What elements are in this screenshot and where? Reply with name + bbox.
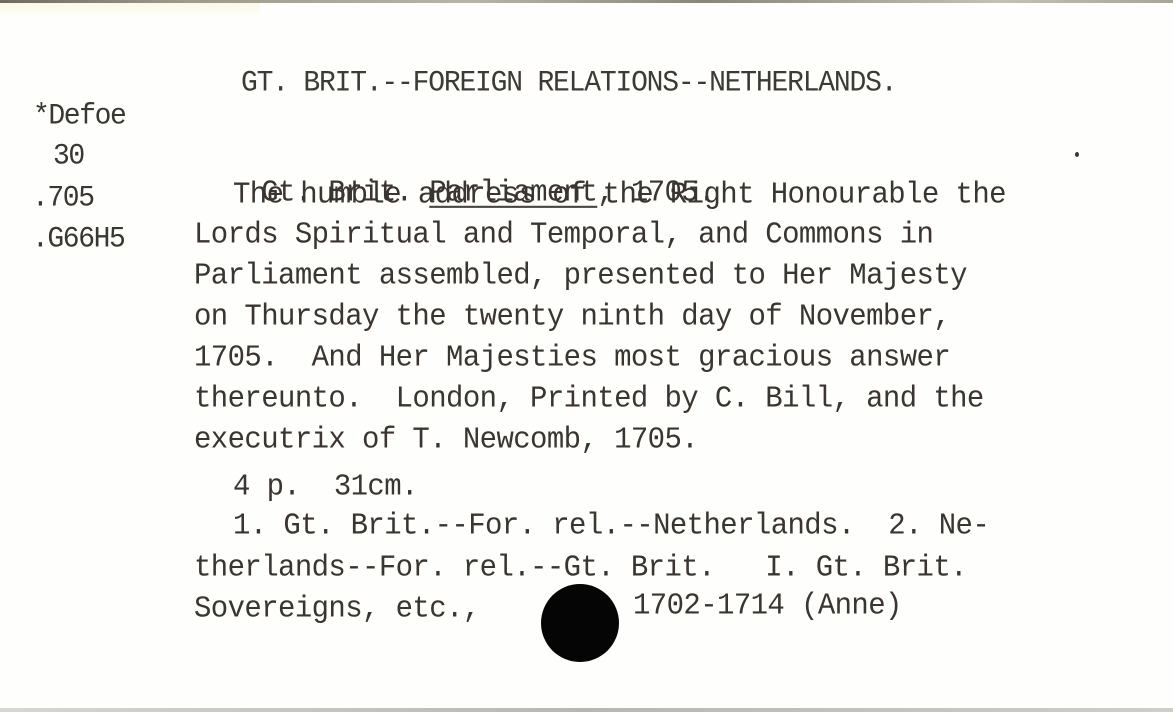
title-line-7: executrix of T. Newcomb, 1705. [194, 422, 698, 458]
card-bottom-edge [0, 708, 1173, 712]
collation: 4 p. 31cm. [233, 469, 418, 505]
tracings-line-3a: Sovereigns, etc., [194, 591, 480, 627]
card-paper-tint [0, 3, 260, 17]
title-line-6: thereunto. London, Printed by C. Bill, a… [194, 381, 984, 417]
title-line-4: on Thursday the twenty ninth day of Nove… [194, 299, 950, 335]
title-line-2: Lords Spiritual and Temporal, and Common… [194, 217, 933, 253]
call-number-line-4: .G66H5 [32, 222, 124, 258]
title-line-1: The humble address of the Right Honourab… [233, 177, 1006, 213]
call-number-line-2: 30 [53, 139, 84, 175]
call-number-line-1: *Defoe [33, 99, 125, 135]
tracings-line-1: 1. Gt. Brit.--For. rel.--Netherlands. 2.… [233, 508, 989, 544]
card-punch-hole [541, 584, 619, 662]
call-number-line-3: .705 [32, 181, 94, 217]
title-line-5: 1705. And Her Majesties most gracious an… [194, 340, 950, 376]
stray-mark [1075, 152, 1079, 157]
title-line-3: Parliament assembled, presented to Her M… [194, 258, 967, 294]
catalog-card: GT. BRIT.--FOREIGN RELATIONS--NETHERLAND… [0, 0, 1173, 712]
tracings-line-3b: 1702-1714 (Anne) [633, 588, 902, 624]
subject-heading: GT. BRIT.--FOREIGN RELATIONS--NETHERLAND… [241, 66, 896, 102]
tracings-line-2: therlands--For. rel.--Gt. Brit. I. Gt. B… [194, 550, 967, 586]
